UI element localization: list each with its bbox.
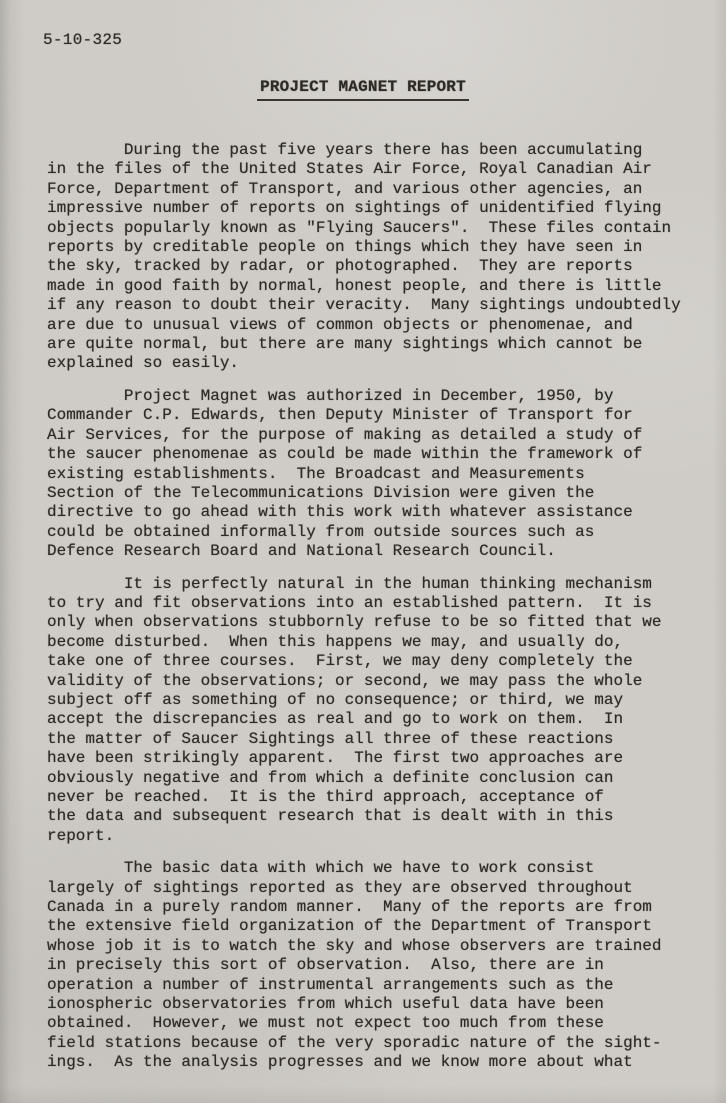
paragraph-4: The basic data with which we have to wor…: [47, 859, 712, 1072]
document-body: During the past five years there has bee…: [47, 141, 712, 1086]
document-number: 5-10-325: [43, 31, 122, 50]
paragraph-3: It is perfectly natural in the human thi…: [47, 575, 712, 847]
document-title: PROJECT MAGNET REPORT: [257, 78, 469, 101]
paragraph-1: During the past five years there has bee…: [47, 141, 712, 374]
scanned-document-page: 5-10-325 PROJECT MAGNET REPORT During th…: [0, 0, 726, 1103]
paragraph-2: Project Magnet was authorized in Decembe…: [47, 387, 712, 562]
title-row: PROJECT MAGNET REPORT: [0, 78, 726, 101]
